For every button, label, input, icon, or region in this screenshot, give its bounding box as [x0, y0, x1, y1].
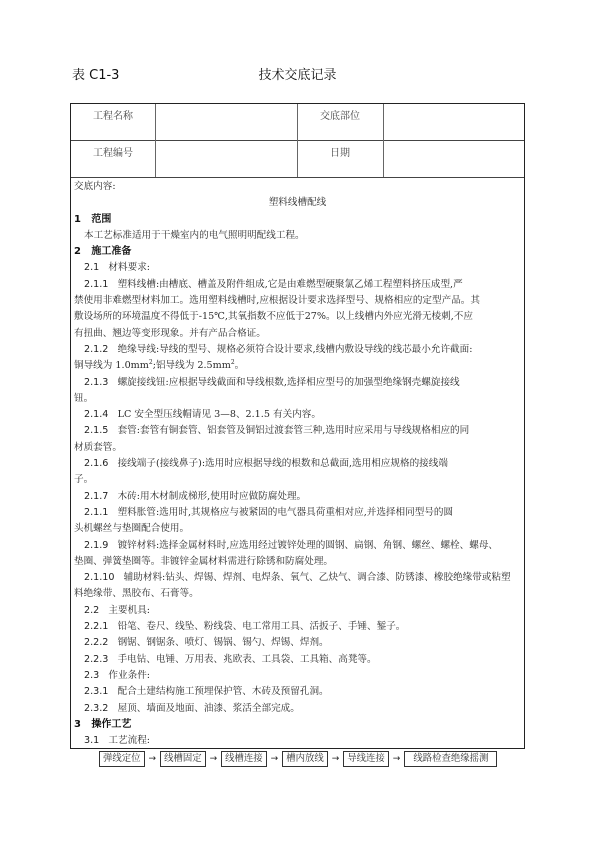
item-2-1-8: 2.1.1 塑料胀管:选用时,其规格应与被紧固的电气器具荷重相对应,并选择相同型… — [74, 505, 521, 521]
project-number-label: 工程编号 — [71, 144, 155, 159]
arrow-right-icon: → — [206, 751, 222, 767]
punctuation: 。 — [235, 360, 245, 371]
section-number: 2.3 — [84, 670, 99, 681]
copper-spec: 铜导线为 1.0mm — [74, 360, 149, 371]
item-number: 2.1.1 — [84, 507, 108, 518]
item-number: 2.2.2 — [84, 637, 108, 648]
flow-step: 槽内放线 — [282, 751, 328, 767]
item-text: LC 安全型压线帽请见 3—8、2.1.5 有关内容。 — [118, 409, 321, 420]
item-text: 屋顶、墙面及地面、油漆、浆活全部完成。 — [118, 703, 300, 714]
item-text: 铅笔、卷尺、线坠、粉线袋、电工常用工具、活扳子、手锤、錾子。 — [118, 621, 406, 632]
date-field[interactable] — [384, 142, 522, 176]
item-2-1-6: 2.1.6 接线端子(接线鼻子):选用时应根据导线的根数和总截面,选用相应规格的… — [74, 456, 521, 472]
item-text: 钮。 — [74, 391, 521, 407]
tool-item: 2.2.1 铅笔、卷尺、线坠、粉线袋、电工常用工具、活扳子、手锤、錾子。 — [74, 619, 521, 635]
flow-step: 线路检查绝缘摇测 — [404, 751, 497, 767]
handover-content: 交底内容: 塑料线槽配线 1 范围 本工艺标准适用于干燥室内的电气照明明配线工程… — [74, 179, 521, 768]
item-text: 接线端子(接线鼻子):选用时应根据导线的根数和总截面,选用相应规格的接线端 — [118, 458, 448, 469]
section-2-1-heading: 2.1 材料要求: — [74, 260, 521, 276]
flow-step: 线槽连接 — [221, 751, 267, 767]
item-text: 辅助材料:钻头、焊锡、焊剂、电焊条、氧气、乙炔气、调合漆、防锈漆、橡胶绝缘带或粘… — [124, 572, 511, 583]
item-number: 2.1.10 — [84, 572, 115, 583]
item-text: 手电钻、电锤、万用表、兆欧表、工具袋、工具箱、高凳等。 — [118, 654, 377, 665]
section-3-1-heading: 3.1 工艺流程: — [74, 733, 521, 749]
item-2-1-10: 2.1.10 辅助材料:钻头、焊锡、焊剂、电焊条、氧气、乙炔气、调合漆、防锈漆、… — [74, 570, 521, 586]
item-text: 子。 — [74, 472, 521, 488]
section-2-3-heading: 2.3 作业条件: — [74, 668, 521, 684]
section-title: 施工准备 — [91, 246, 131, 257]
arrow-right-icon: → — [145, 751, 161, 767]
item-text: 配合土建结构施工预埋保护管、木砖及预留孔洞。 — [118, 686, 329, 697]
item-text: 材质套管。 — [74, 440, 521, 456]
section-number: 3.1 — [84, 735, 99, 746]
section-2-heading: 2 施工准备 — [74, 244, 521, 260]
flow-step: 线槽固定 — [160, 751, 206, 767]
item-text: 塑料线槽:由槽底、槽盖及附件组成,它是由难燃型硬聚氯乙烯工程塑料挤压成型,严 — [118, 279, 463, 290]
project-number-field[interactable] — [156, 142, 296, 176]
condition-item: 2.3.1 配合土建结构施工预埋保护管、木砖及预留孔洞。 — [74, 684, 521, 700]
condition-item: 2.3.2 屋顶、墙面及地面、油漆、浆活全部完成。 — [74, 701, 521, 717]
item-text: 铜导线为 1.0mm2;铝导线为 2.5mm2。 — [74, 358, 521, 374]
section-title: 工艺流程: — [108, 735, 150, 746]
section-number: 1 — [74, 214, 81, 225]
project-name-field[interactable] — [156, 105, 296, 139]
item-number: 2.3.2 — [84, 703, 108, 714]
item-number: 2.1.2 — [84, 344, 108, 355]
section-title: 主要机具: — [108, 605, 150, 616]
item-text: 塑料胀管:选用时,其规格应与被紧固的电气器具荷重相对应,并选择相同型号的圆 — [118, 507, 454, 518]
record-table: 工程名称 交底部位 工程编号 日期 交底内容: 塑料线槽配线 1 范围 本工艺标… — [70, 103, 525, 749]
process-flow: 弹线定位 → 线槽固定 → 线槽连接 → 槽内放线 → 导线连接 → 线路检查绝… — [74, 750, 521, 768]
arrow-right-icon: → — [267, 751, 283, 767]
section-title: 作业条件: — [108, 670, 150, 681]
handover-location-field[interactable] — [384, 105, 522, 139]
row-divider — [71, 177, 524, 178]
tool-item: 2.2.2 钢锯、钢锯条、喷灯、锡锅、锡勺、焊锡、焊剂。 — [74, 635, 521, 651]
section-number: 3 — [74, 719, 81, 730]
tool-item: 2.2.3 手电钻、电锤、万用表、兆欧表、工具袋、工具箱、高凳等。 — [74, 652, 521, 668]
document-title: 技术交底记录 — [0, 64, 595, 83]
handover-location-label: 交底部位 — [297, 107, 383, 122]
section-title: 材料要求: — [108, 262, 150, 273]
flow-step: 弹线定位 — [99, 751, 145, 767]
item-2-1-4: 2.1.4 LC 安全型压线帽请见 3—8、2.1.5 有关内容。 — [74, 407, 521, 423]
aluminum-spec: ;铝导线为 2.5mm — [153, 360, 231, 371]
project-name-label: 工程名称 — [71, 107, 155, 122]
item-text: 禁使用非难燃型材料加工。选用塑料线槽时,应根据设计要求选择型号、规格相应的定型产… — [74, 293, 521, 309]
item-text: 料绝缘带、黑胶布、石膏等。 — [74, 586, 521, 602]
item-text: 螺旋接线钮:应根据导线截面和导线根数,选择相应型号的加强型绝缘钢壳螺旋接线 — [118, 377, 460, 388]
item-text: 套管:套管有铜套管、铝套管及铜铝过渡套管三种,选用时应采用与导线规格相应的同 — [118, 425, 470, 436]
flow-step: 导线连接 — [343, 751, 389, 767]
section-title: 范围 — [91, 214, 111, 225]
item-number: 2.3.1 — [84, 686, 108, 697]
item-text: 绝缘导线:导线的型号、规格必须符合设计要求,线槽内敷设导线的线芯最小允许截面: — [118, 344, 473, 355]
item-text: 镀锌材料:选择金属材料时,应选用经过镀锌处理的圆钢、扁钢、角钢、螺丝、螺栓、螺母… — [118, 540, 498, 551]
arrow-right-icon: → — [328, 751, 344, 767]
item-text: 有扭曲、翘边等变形现象。并有产品合格证。 — [74, 326, 521, 342]
arrow-right-icon: → — [389, 751, 405, 767]
item-text: 钢锯、钢锯条、喷灯、锡锅、锡勺、焊锡、焊剂。 — [118, 637, 329, 648]
section-number: 2 — [74, 246, 81, 257]
item-2-1-7: 2.1.7 木砖:用木材制成梯形,使用时应做防腐处理。 — [74, 489, 521, 505]
date-label: 日期 — [297, 144, 383, 159]
section-1-body: 本工艺标准适用于干燥室内的电气照明明配线工程。 — [74, 228, 521, 244]
item-number: 2.2.3 — [84, 654, 108, 665]
content-subtitle: 塑料线槽配线 — [74, 195, 521, 211]
item-2-1-5: 2.1.5 套管:套管有铜套管、铝套管及铜铝过渡套管三种,选用时应采用与导线规格… — [74, 423, 521, 439]
item-2-1-9: 2.1.9 镀锌材料:选择金属材料时,应选用经过镀锌处理的圆钢、扁钢、角钢、螺丝… — [74, 538, 521, 554]
item-2-1-2: 2.1.2 绝缘导线:导线的型号、规格必须符合设计要求,线槽内敷设导线的线芯最小… — [74, 342, 521, 358]
item-number: 2.2.1 — [84, 621, 108, 632]
item-text: 头机螺丝与垫圈配合使用。 — [74, 521, 521, 537]
item-text: 木砖:用木材制成梯形,使用时应做防腐处理。 — [118, 491, 307, 502]
item-2-1-3: 2.1.3 螺旋接线钮:应根据导线截面和导线根数,选择相应型号的加强型绝缘钢壳螺… — [74, 375, 521, 391]
section-2-2-heading: 2.2 主要机具: — [74, 603, 521, 619]
item-text: 垫圈、弹簧垫圈等。非镀锌金属材料需进行除锈和防腐处理。 — [74, 554, 521, 570]
item-number: 2.1.3 — [84, 377, 108, 388]
item-number: 2.1.6 — [84, 458, 108, 469]
section-1-heading: 1 范围 — [74, 212, 521, 228]
section-number: 2.1 — [84, 262, 99, 273]
item-text: 敷设场所的环境温度不得低于-15℃,其氧指数不应低于27%。以上线槽内外应光滑无… — [74, 309, 521, 325]
item-number: 2.1.5 — [84, 425, 108, 436]
item-number: 2.1.4 — [84, 409, 108, 420]
section-number: 2.2 — [84, 605, 99, 616]
item-number: 2.1.1 — [84, 279, 108, 290]
content-label: 交底内容: — [74, 179, 521, 195]
item-2-1-1: 2.1.1 塑料线槽:由槽底、槽盖及附件组成,它是由难燃型硬聚氯乙烯工程塑料挤压… — [74, 277, 521, 293]
section-3-heading: 3 操作工艺 — [74, 717, 521, 733]
section-title: 操作工艺 — [91, 719, 131, 730]
item-number: 2.1.9 — [84, 540, 108, 551]
item-number: 2.1.7 — [84, 491, 108, 502]
